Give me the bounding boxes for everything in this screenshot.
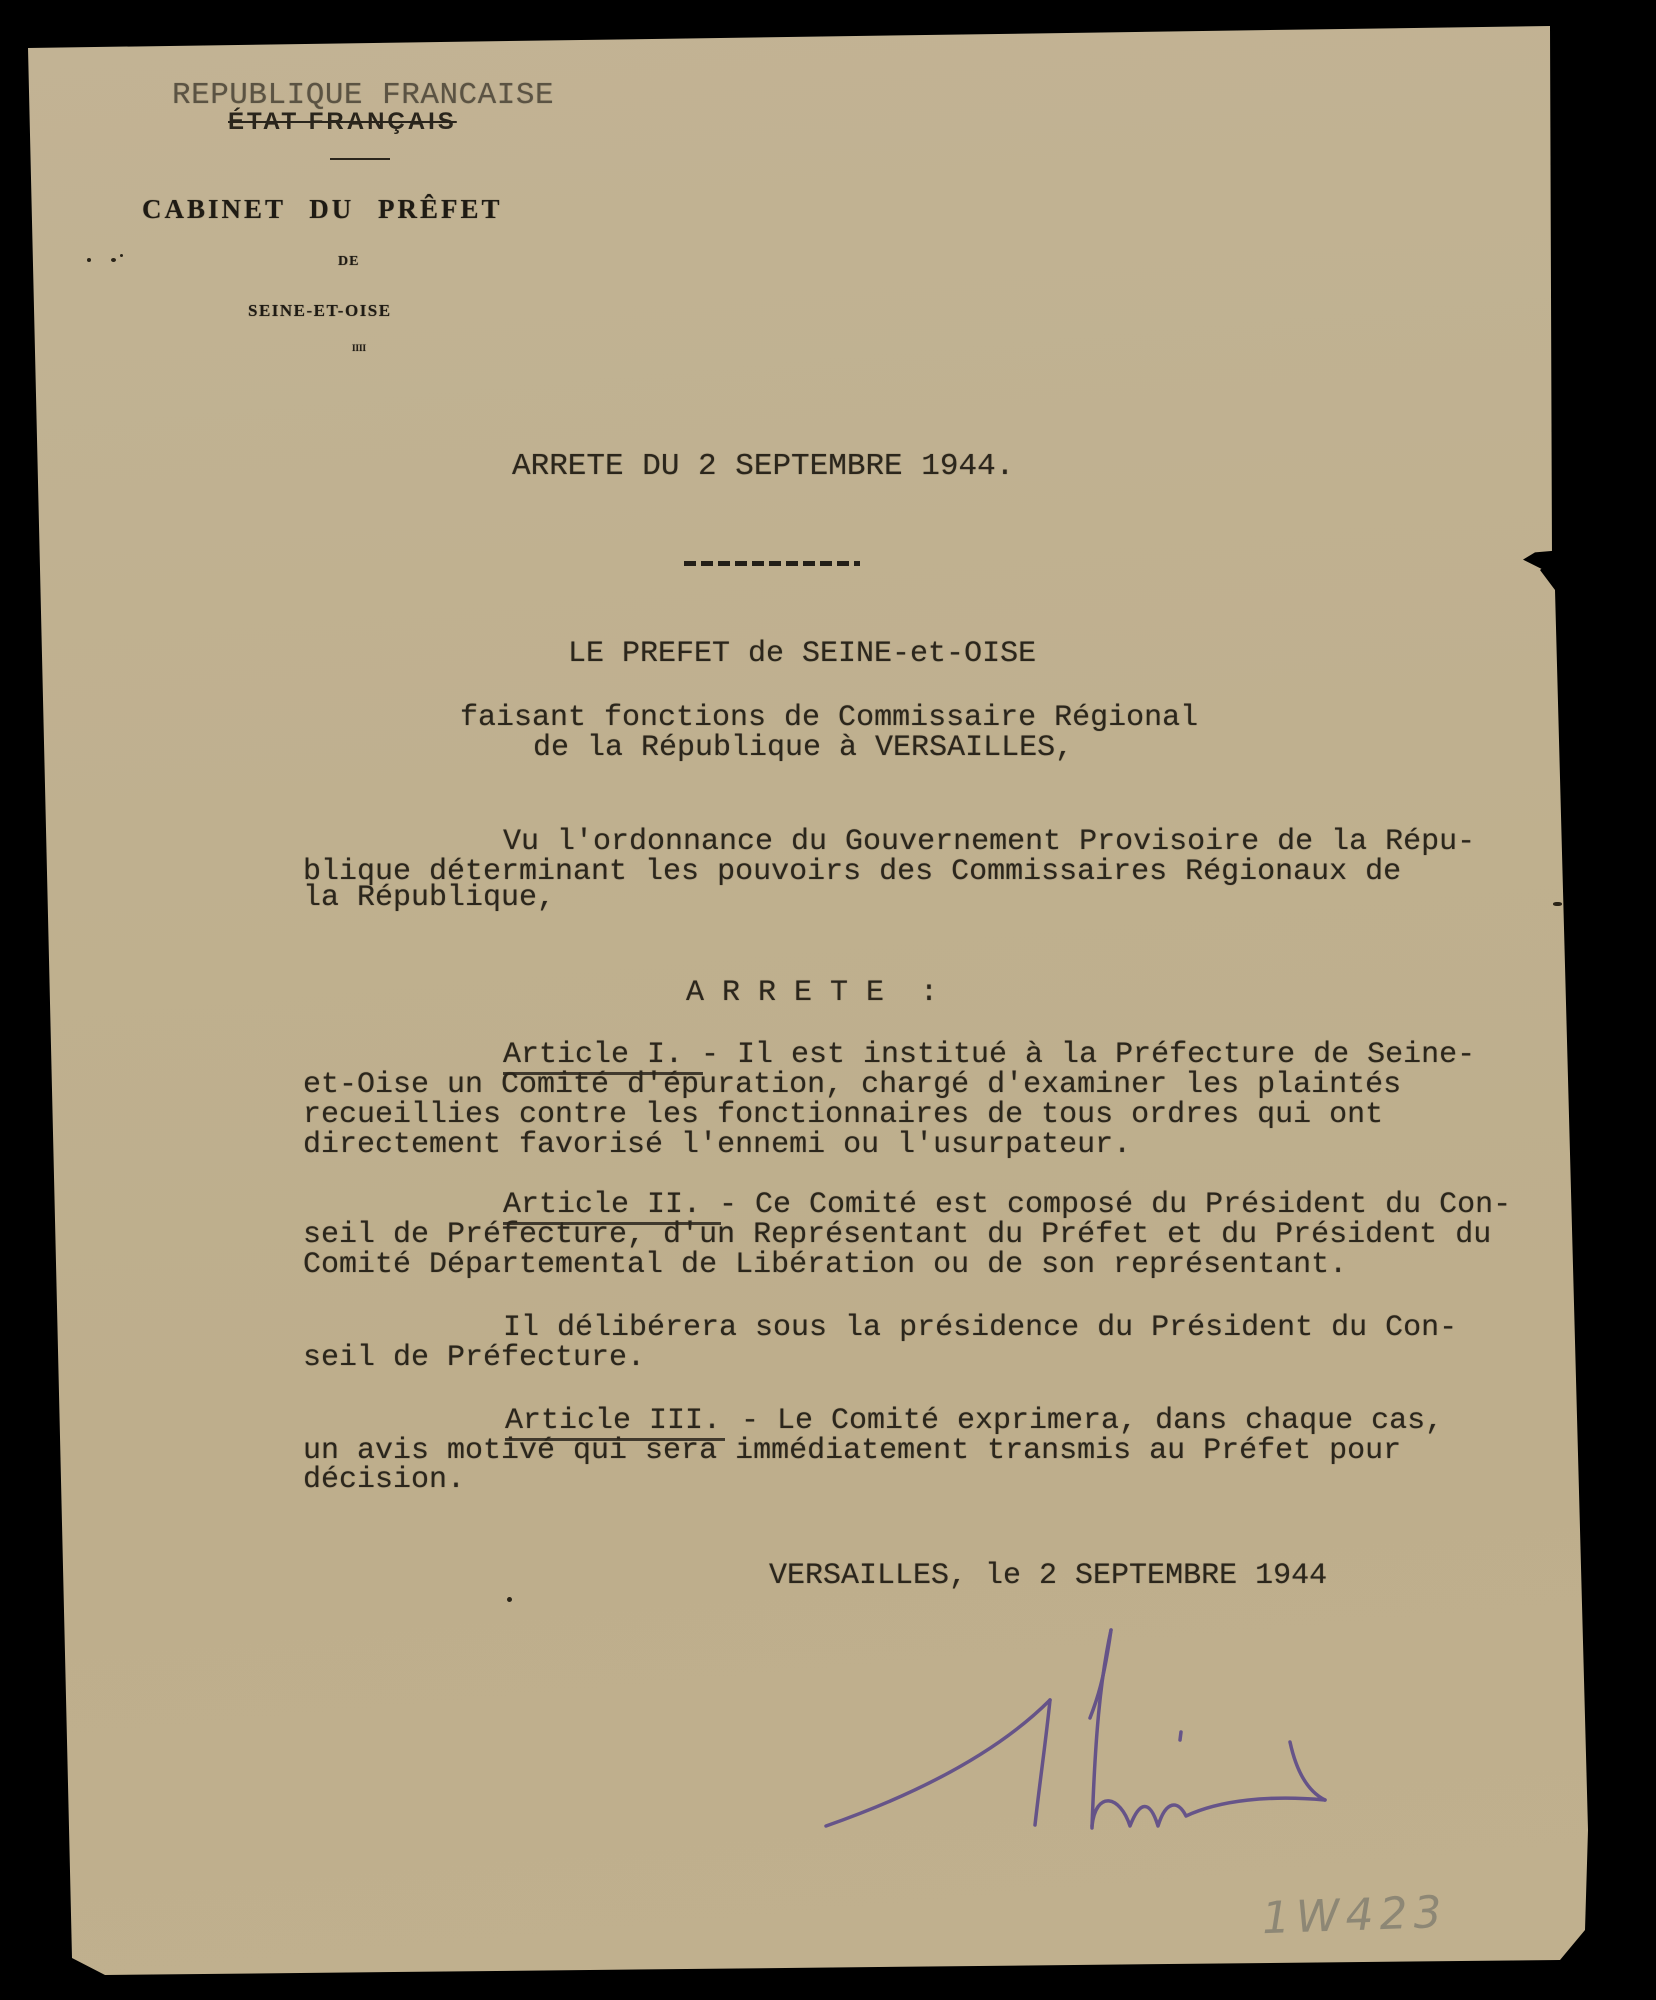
archive-mark: 1W423 <box>1261 1887 1448 1944</box>
signature-icon <box>0 0 1656 2000</box>
